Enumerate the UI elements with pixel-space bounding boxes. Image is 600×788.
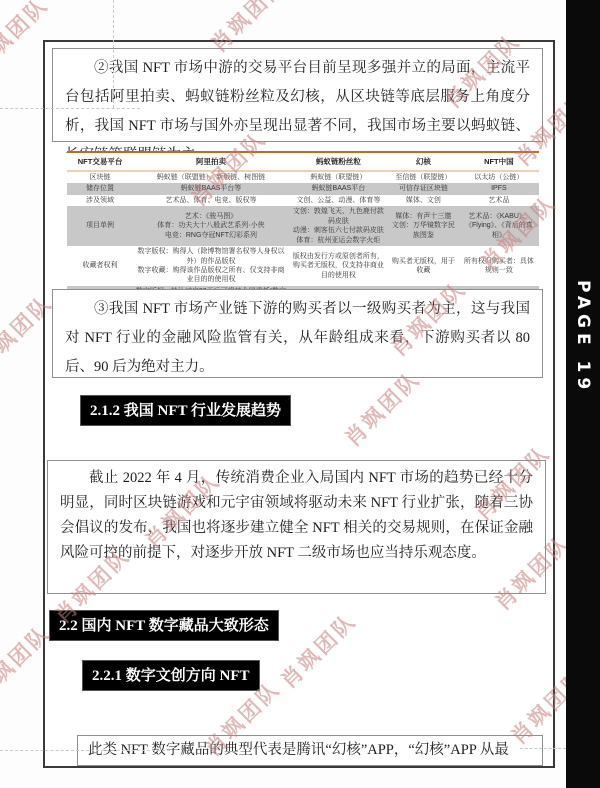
table-row: 项目单例艺术：《骏马图》 体育：功夫大十八般武艺系列·小侠 电竞：RNG夺冠NF… (67, 206, 539, 246)
page-number-label: PAGE 19 (573, 280, 593, 394)
table-row-label: 涉及领域 (67, 195, 133, 206)
crop-guide-horizontal-bottom-left (0, 750, 170, 751)
table-cell: 蚂蚁链（联盟链） (289, 171, 388, 183)
table-cell: 版权由发行方或原创者所有，购买者无版权，仅支持非商业目的使用权 (289, 246, 388, 286)
table-cell: 艺术品 (459, 195, 539, 206)
table-row: 储存位置蚂蚁链BAAS平台等蚂蚁链BAAS平台可信存证区块链IPFS (67, 183, 539, 194)
paragraph-text: 截止 2022 年 4 月，传统消费企业入局国内 NFT 市场的趋势已经十分明显… (60, 466, 533, 566)
table-cell: IPFS (459, 183, 539, 194)
table-cell: 购买者无版权，用于收藏 (388, 246, 459, 286)
table-column-header: 蚂蚁链粉丝粒 (289, 152, 388, 171)
table-row: 涉及领域艺术品、体育、电竞、版权等文创、公益、动漫、体育等媒体、文创艺术品 (67, 195, 539, 206)
table-cell: 蚂蚁链BAAS平台 (289, 183, 388, 194)
table-cell: 媒体：有声十三邀 文创：万华镜数字民族图鉴 (388, 206, 459, 246)
table-column-header: NFT交易平台 (67, 152, 133, 171)
table-cell: 蚂蚁链（联盟链）、新版链、树图链 (133, 171, 289, 183)
table-row-label: 储存位置 (67, 183, 133, 194)
table-header-row: NFT交易平台阿里拍卖蚂蚁链粉丝粒幻核NFT中国 (67, 152, 539, 171)
paragraph-box-industry-trend: 截止 2022 年 4 月，传统消费企业入局国内 NFT 市场的趋势已经十分明显… (47, 460, 546, 594)
crop-guide-horizontal-top (0, 108, 140, 109)
table-cell: 至信链（联盟链） (388, 171, 459, 183)
table-cell: 以太坊（公链） (459, 171, 539, 183)
table-cell: 媒体、文创 (388, 195, 459, 206)
table-cell: 艺术品、体育、电竞、版权等 (133, 195, 289, 206)
crop-guide-horizontal-bottom-right (520, 748, 566, 749)
table-cell: 数字版权：购得人（除博物馆署名权等人身权以外）的作品版权 数字收藏：购得该作品版… (133, 246, 289, 286)
paragraph-text: ③我国 NFT 市场产业链下游的购买者以一级购买者为主，这与我国对 NFT 行业… (65, 295, 530, 382)
section-heading-2-2-1: 2.2.1 数字文创方向 NFT (82, 660, 260, 691)
paragraph-box-downstream-buyers: ③我国 NFT 市场产业链下游的购买者以一级购买者为主，这与我国对 NFT 行业… (52, 289, 543, 378)
table-cell: 文创：敦煌飞天、九色鹿付款码皮肤 动漫：刺客伍六七付款码皮肤 体育：杭州亚运会数… (289, 206, 388, 246)
table-cell: 蚂蚁链BAAS平台等 (133, 183, 289, 194)
table-cell: 文创、公益、动漫、体育等 (289, 195, 388, 206)
table-column-header: 阿里拍卖 (133, 152, 289, 171)
table-column-header: NFT中国 (459, 152, 539, 171)
document-page: ②我国 NFT 市场中游的交易平台目前呈现多强并立的局面，主流平台包括阿里拍卖、… (43, 40, 555, 768)
section-heading-2-1-2: 2.1.2 我国 NFT 行业发展趋势 (80, 395, 291, 426)
table-row-label: 区块链 (67, 171, 133, 183)
table-cell: 所有权归购买者：具体规则一致 (459, 246, 539, 286)
crop-guide-vertical (113, 0, 114, 108)
page-sidebar: PAGE 19 (566, 0, 600, 788)
table-row-label: 收藏者权利 (67, 246, 133, 286)
table-row: 区块链蚂蚁链（联盟链）、新版链、树图链蚂蚁链（联盟链）至信链（联盟链）以太坊（公… (67, 171, 539, 183)
paragraph-box-market-platforms: ②我国 NFT 市场中游的交易平台目前呈现多强并立的局面，主流平台包括阿里拍卖、… (52, 48, 543, 142)
table-cell: 艺术：《骏马图》 体育：功夫大十八般武艺系列·小侠 电竞：RNG夺冠NFT幻彩系… (133, 206, 289, 246)
table-column-header: 幻核 (388, 152, 459, 171)
table-cell: 可信存证区块链 (388, 183, 459, 194)
table-cell: 艺术品：《KABU》、《Flying》、《背后的真相》 (459, 206, 539, 246)
table-row: 收藏者权利数字版权：购得人（除博物馆署名权等人身权以外）的作品版权 数字收藏：购… (67, 246, 539, 286)
table-row-label: 项目单例 (67, 206, 133, 246)
section-heading-2-2: 2.2 国内 NFT 数字藏品大致形态 (49, 610, 279, 641)
